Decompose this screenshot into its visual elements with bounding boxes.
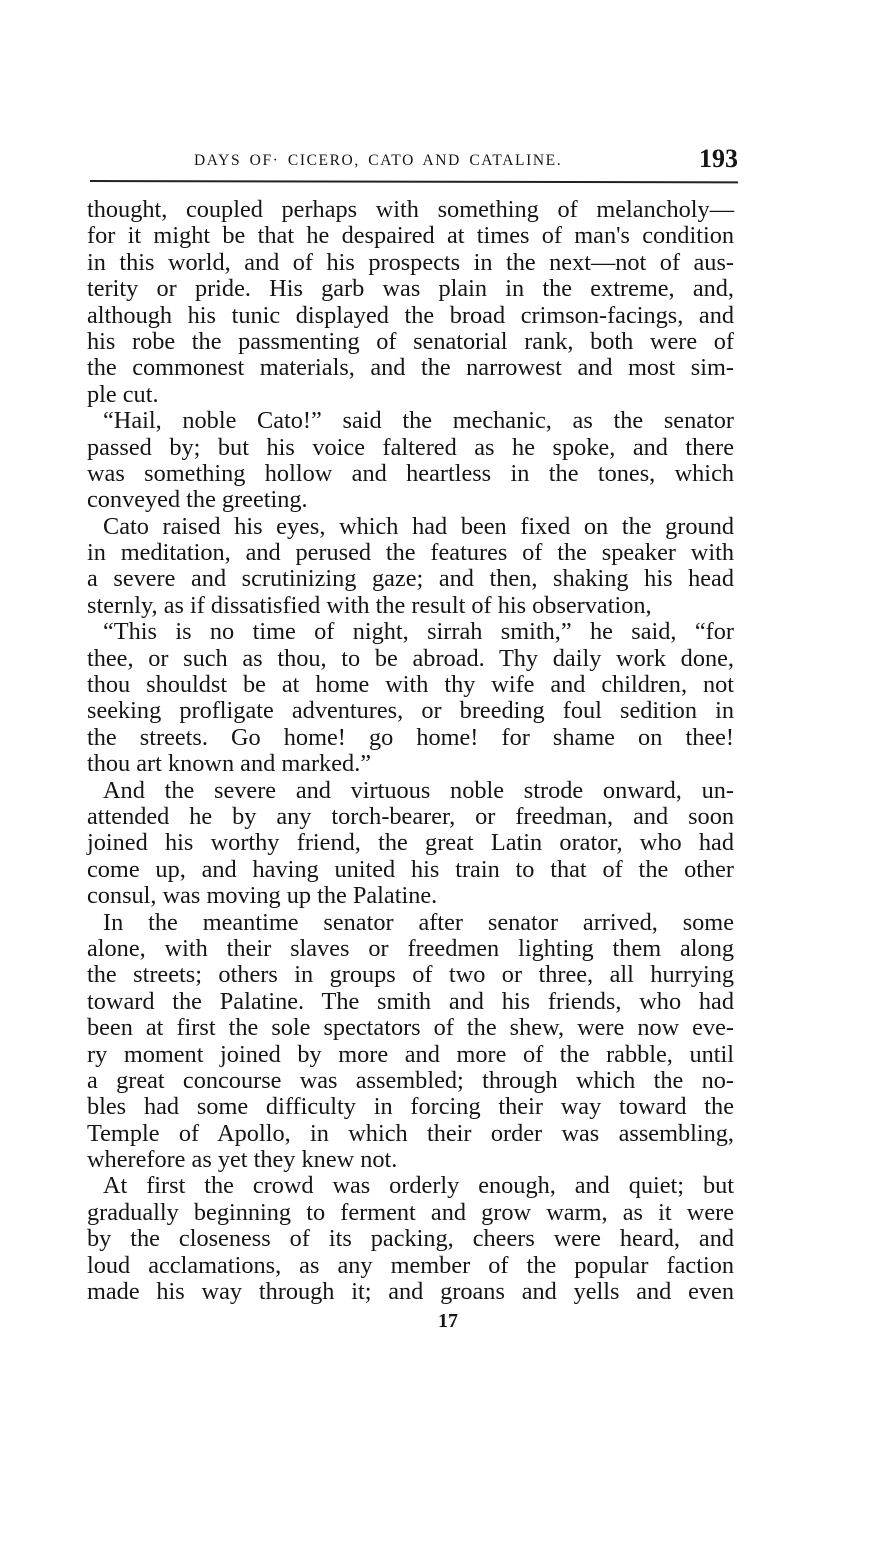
text-line: in this world, and of his prospects in t… — [87, 250, 734, 276]
text-line: conveyed the greeting. — [87, 487, 734, 513]
text-line: been at first the sole spectators of the… — [87, 1015, 734, 1041]
text-line: his robe the passmenting of senatorial r… — [87, 329, 734, 355]
text-line: for it might be that he despaired at tim… — [87, 223, 734, 249]
header-rule — [90, 180, 738, 183]
text-line: was something hollow and heartless in th… — [87, 461, 734, 487]
text-line: thou shouldst be at home with thy wife a… — [87, 672, 734, 698]
text-line: loud acclamations, as any member of the … — [87, 1253, 734, 1279]
text-line: in meditation, and perused the features … — [87, 540, 734, 566]
text-line: Temple of Apollo, in which their order w… — [87, 1121, 734, 1147]
text-line: sternly, as if dissatisfied with the res… — [87, 593, 734, 619]
text-line: a severe and scrutinizing gaze; and then… — [87, 566, 734, 592]
text-line: passed by; but his voice faltered as he … — [87, 435, 734, 461]
running-header: DAYS OF· CICERO, CATO AND CATALINE. 193 — [90, 148, 740, 178]
page-number: 193 — [699, 144, 738, 174]
text-line: ple cut. — [87, 382, 734, 408]
text-line: by the closeness of its packing, cheers … — [87, 1226, 734, 1252]
text-line: a great concourse was assembled; through… — [87, 1068, 734, 1094]
text-line: attended he by any torch-bearer, or free… — [87, 804, 734, 830]
text-line: “This is no time of night, sirrah smith,… — [87, 619, 734, 645]
text-line: gradually beginning to ferment and grow … — [87, 1200, 734, 1226]
text-line: Cato raised his eyes, which had been fix… — [87, 514, 734, 540]
text-line: the commonest materials, and the narrowe… — [87, 355, 734, 381]
text-line: alone, with their slaves or freedmen lig… — [87, 936, 734, 962]
text-line: seeking profligate adventures, or breedi… — [87, 698, 734, 724]
text-line: thou art known and marked.” — [87, 751, 734, 777]
text-line: consul, was moving up the Palatine. — [87, 883, 734, 909]
running-title: DAYS OF· CICERO, CATO AND CATALINE. — [194, 152, 562, 170]
text-line: bles had some difficulty in forcing thei… — [87, 1094, 734, 1120]
text-line: thee, or such as thou, to be abroad. Thy… — [87, 646, 734, 672]
text-line: “Hail, noble Cato!” said the mechanic, a… — [87, 408, 734, 434]
text-line: the streets; others in groups of two or … — [87, 962, 734, 988]
text-line: ry moment joined by more and more of the… — [87, 1042, 734, 1068]
text-line: joined his worthy friend, the great Lati… — [87, 830, 734, 856]
text-line: come up, and having united his train to … — [87, 857, 734, 883]
text-line: although his tunic displayed the broad c… — [87, 303, 734, 329]
text-line: the streets. Go home! go home! for shame… — [87, 725, 734, 751]
signature-mark: 17 — [0, 1310, 896, 1333]
text-line: In the meantime senator after senator ar… — [87, 910, 734, 936]
text-line: And the severe and virtuous noble strode… — [87, 778, 734, 804]
text-line: wherefore as yet they knew not. — [87, 1147, 734, 1173]
text-line: At first the crowd was orderly enough, a… — [87, 1173, 734, 1199]
body-text: thought, coupled perhaps with something … — [87, 197, 734, 1305]
text-line: made his way through it; and groans and … — [87, 1279, 734, 1305]
text-line: toward the Palatine. The smith and his f… — [87, 989, 734, 1015]
text-line: thought, coupled perhaps with something … — [87, 197, 734, 223]
text-line: terity or pride. His garb was plain in t… — [87, 276, 734, 302]
